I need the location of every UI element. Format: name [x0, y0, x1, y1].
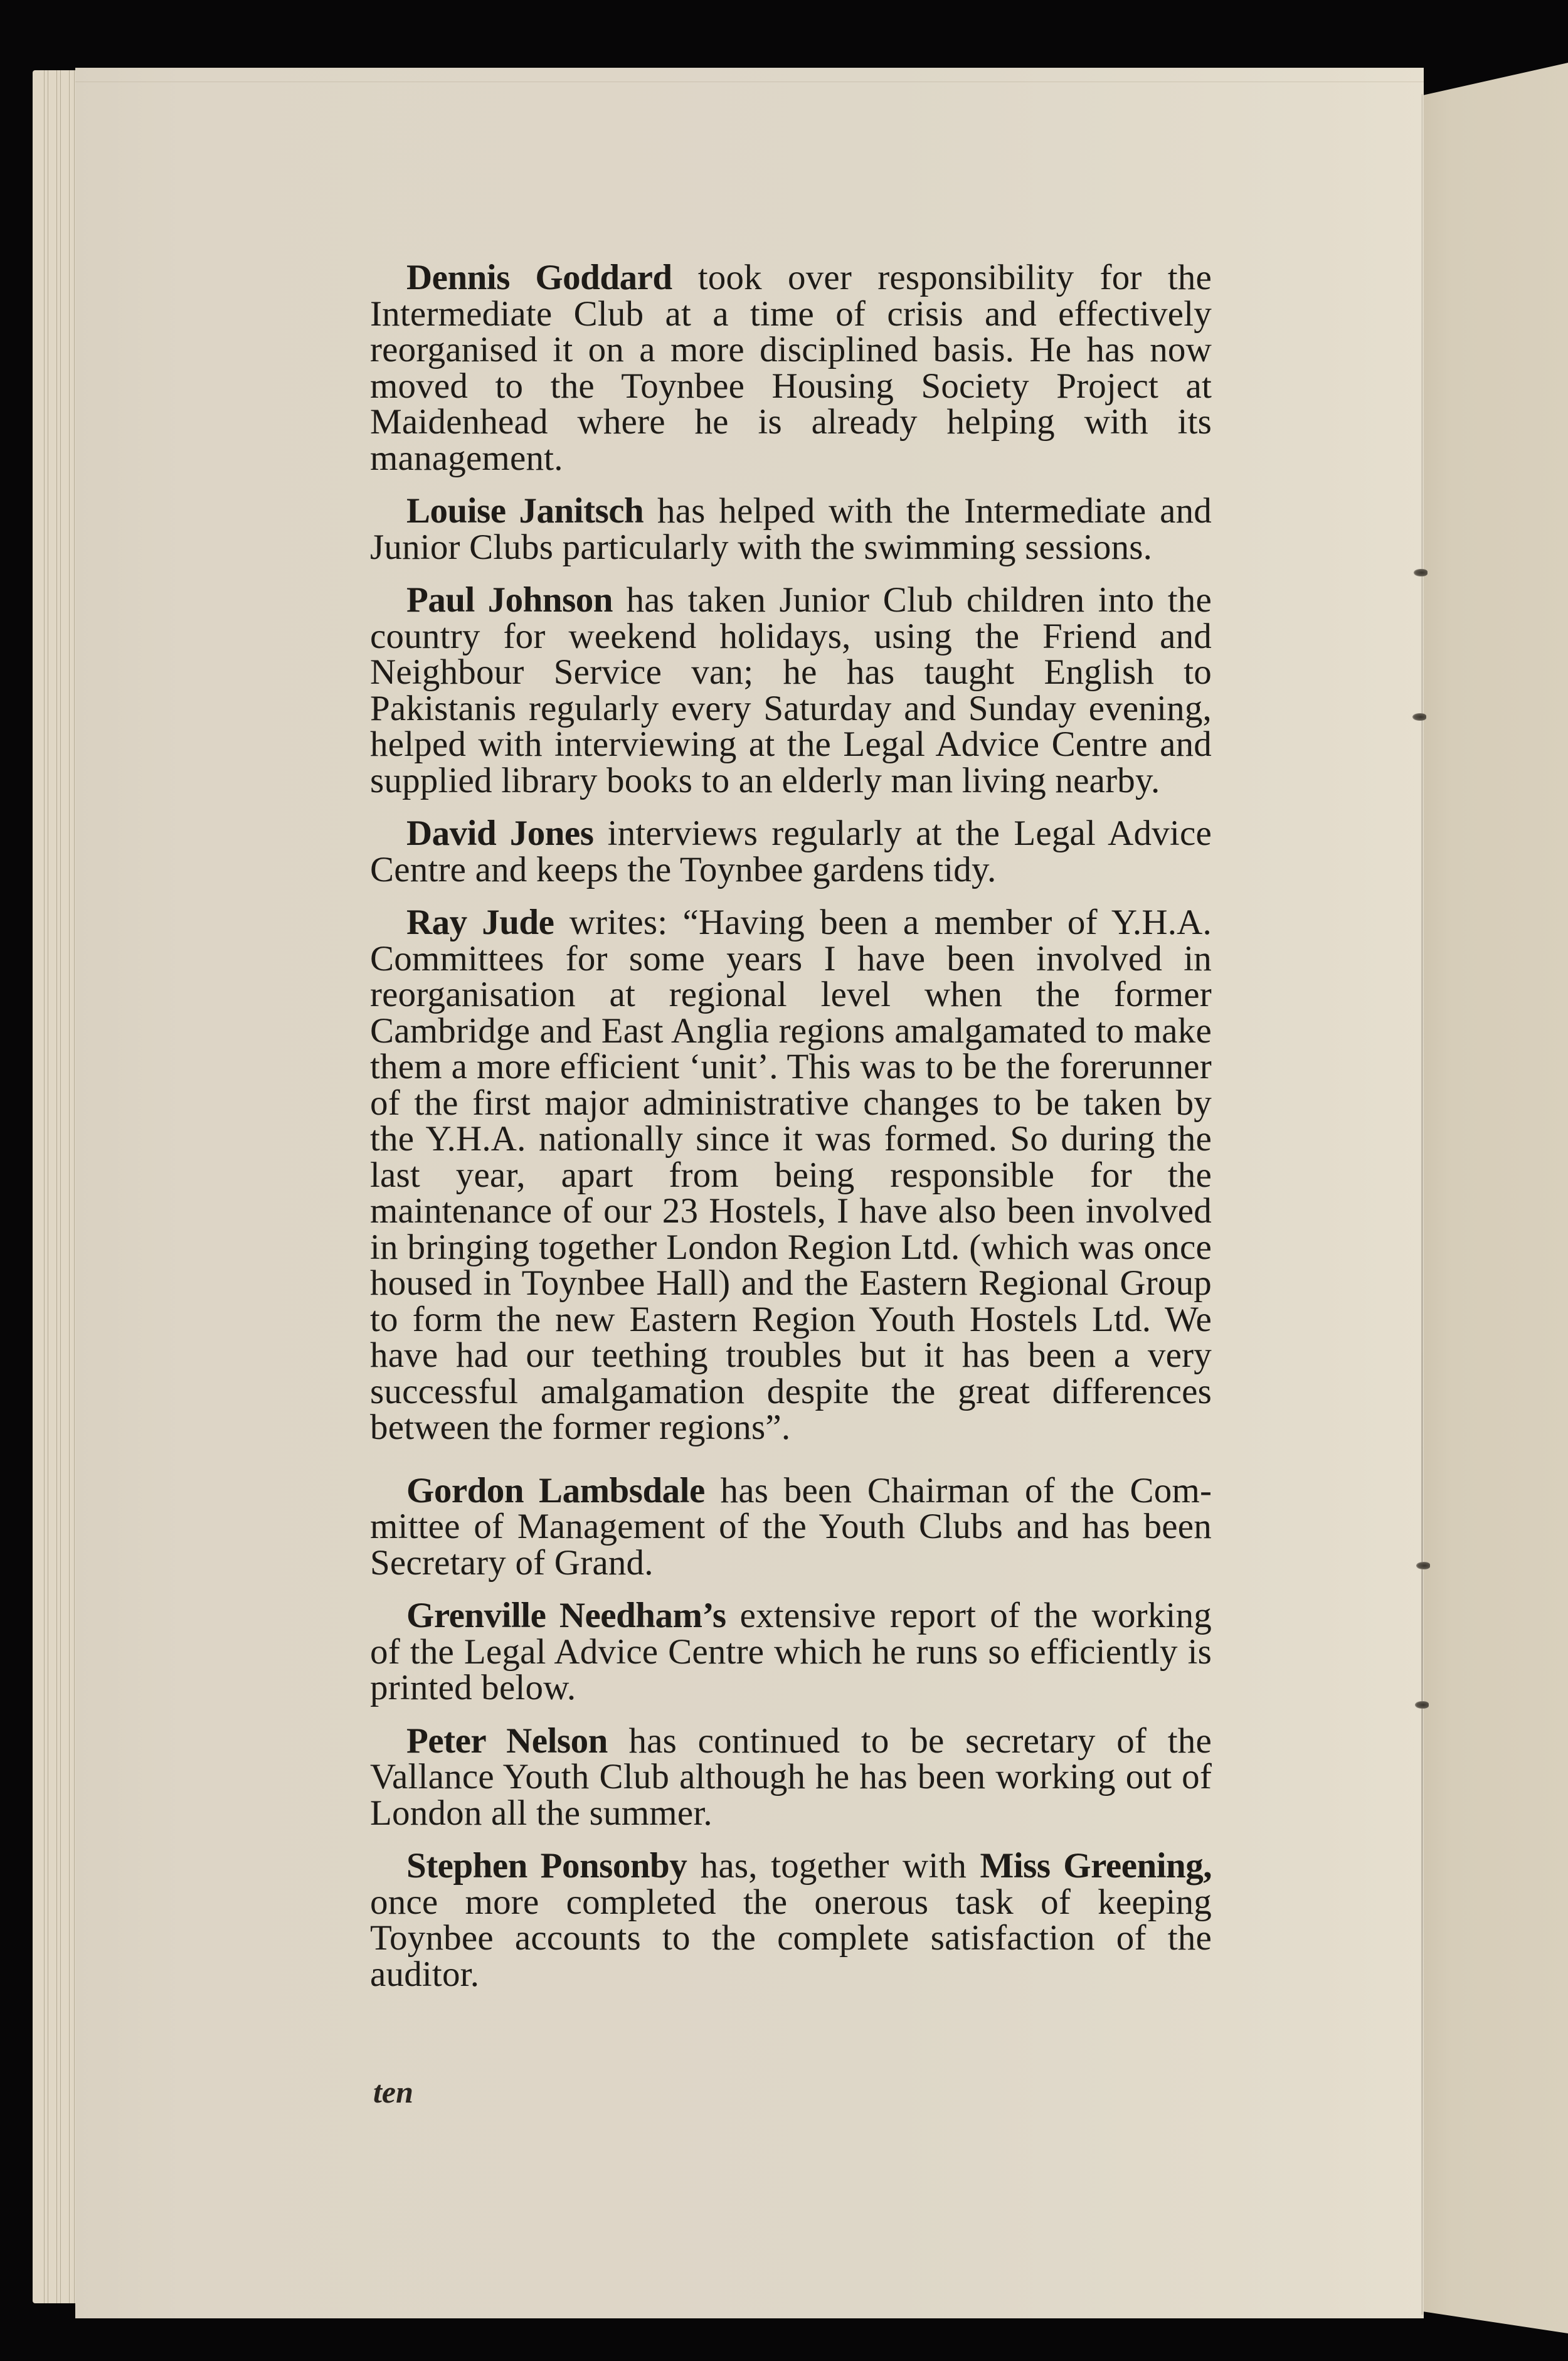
page-edge-line	[48, 70, 48, 2303]
paragraph-text-continued: once more completed the onerous task of …	[370, 1882, 1212, 1994]
person-name: Ray Jude	[406, 903, 554, 942]
person-name: Dennis Goddard	[406, 258, 672, 297]
page-top-edge	[75, 82, 1424, 82]
paragraph-text: writes: “Having been a member of Y.H.A. …	[370, 903, 1212, 1447]
person-name: Peter Nelson	[406, 1721, 608, 1761]
page-edge-line	[44, 70, 45, 2303]
person-name: Stephen Ponsonby	[406, 1846, 687, 1886]
person-name: David Jones	[406, 814, 593, 853]
page-edge-line	[69, 70, 70, 2303]
person-name: Gordon Lambsdale	[406, 1471, 705, 1510]
text-column: Dennis Goddard took over responsibility …	[370, 260, 1212, 2009]
paragraph-louise-janitsch: Louise Janitsch has helped with the Inte…	[370, 493, 1212, 565]
facing-page	[1422, 63, 1568, 2333]
paragraph-david-jones: David Jones interviews regularly at the …	[370, 815, 1212, 888]
paragraph-dennis-goddard: Dennis Goddard took over responsibility …	[370, 260, 1212, 476]
paragraph-gordon-lambsdale: Gordon Lambsdale has been Chairman of th…	[370, 1473, 1212, 1581]
paragraph-paul-johnson: Paul Johnson has taken Junior Club child…	[370, 582, 1212, 798]
person-name: Paul Johnson	[406, 580, 613, 620]
book-gutter	[1421, 94, 1423, 2315]
paragraph-text: has, together with	[687, 1846, 980, 1886]
stitch-hole-icon	[1415, 1701, 1429, 1709]
stitch-hole-icon	[1414, 569, 1428, 576]
page-edge-line	[56, 70, 57, 2303]
paragraph-peter-nelson: Peter Nelson has continued to be secreta…	[370, 1723, 1212, 1832]
stitch-hole-icon	[1416, 1562, 1430, 1569]
page-edge-line	[74, 70, 75, 2303]
paragraph-grenville-needham: Grenville Needham’s extensive report of …	[370, 1598, 1212, 1706]
person-name: Louise Janitsch	[406, 491, 644, 531]
page-edge-line	[60, 70, 61, 2303]
paragraph-stephen-ponsonby: Stephen Ponsonby has, together with Miss…	[370, 1848, 1212, 1992]
page-number: ten	[373, 2074, 413, 2110]
person-name: Grenville Needham’s	[406, 1596, 726, 1635]
person-name-secondary: Miss Greening,	[980, 1846, 1212, 1886]
paragraph-ray-jude: Ray Jude writes: “Having been a member o…	[370, 905, 1212, 1446]
stitch-hole-icon	[1412, 713, 1426, 721]
